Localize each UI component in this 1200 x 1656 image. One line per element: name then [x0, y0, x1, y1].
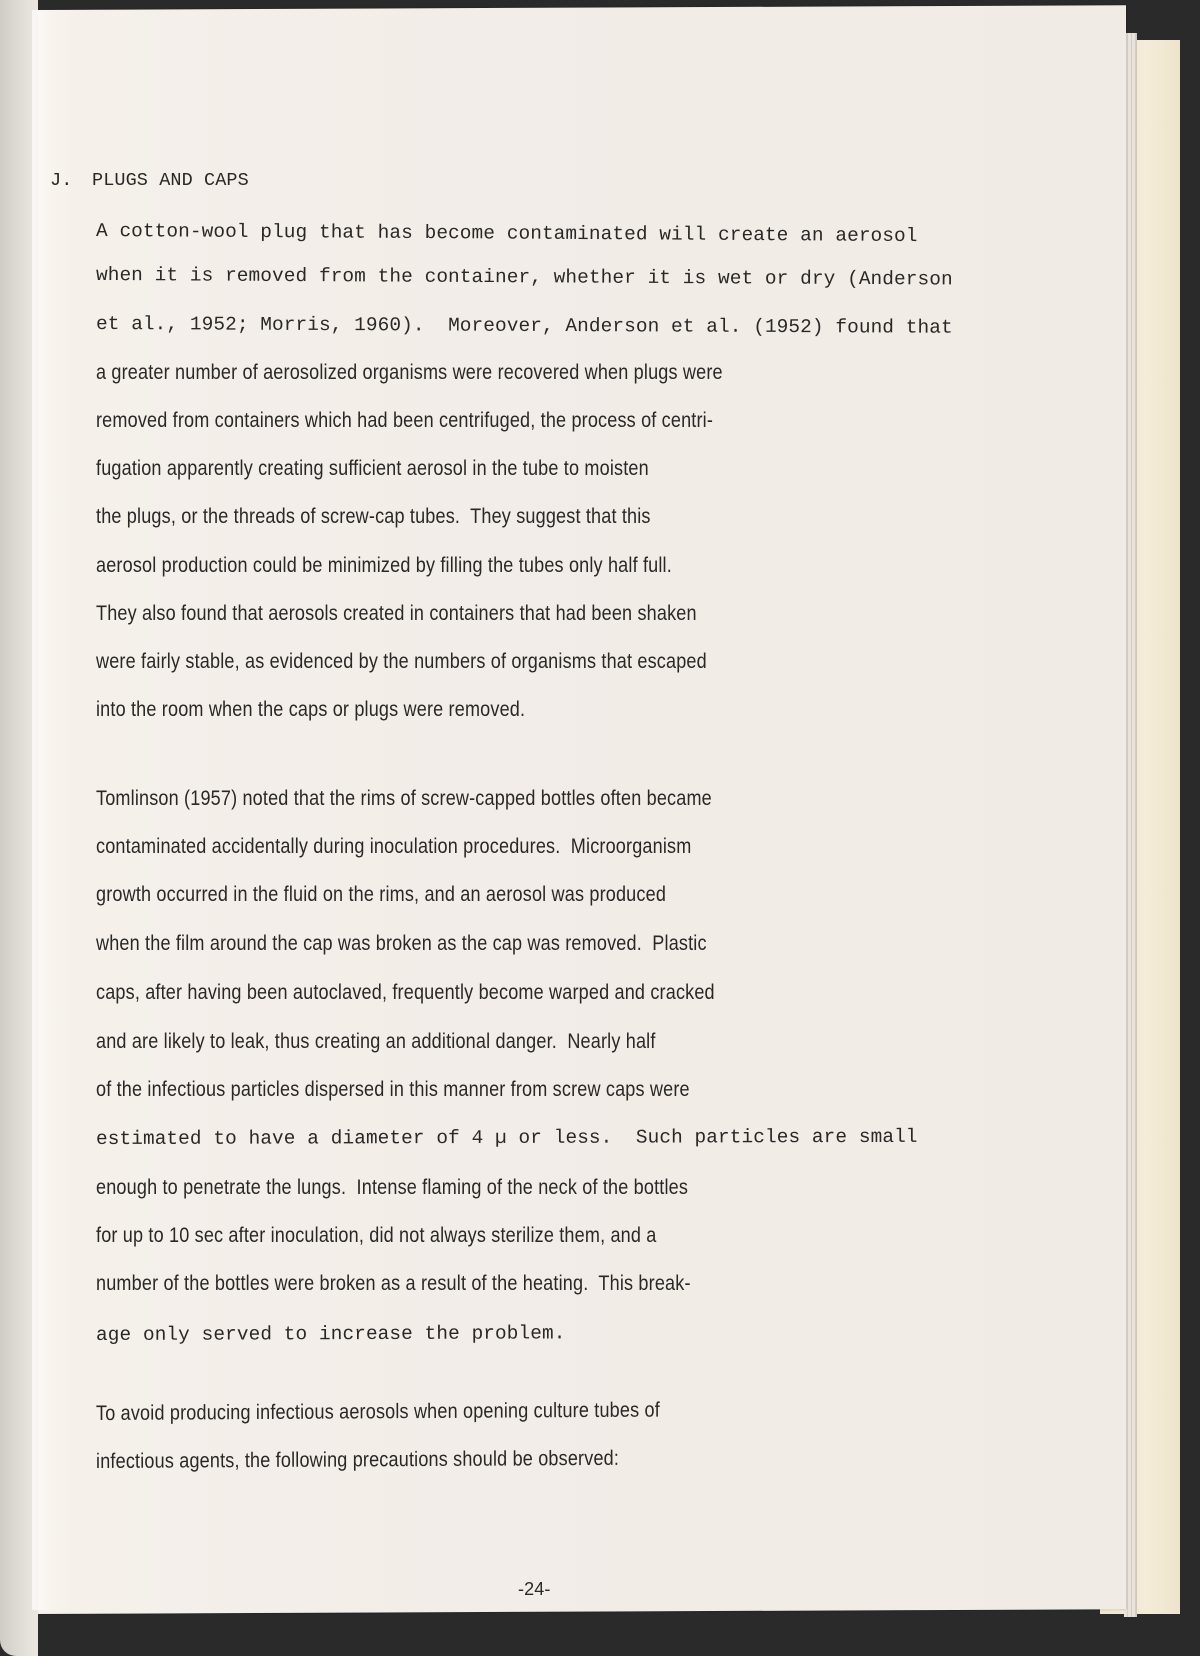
text-line: enough to penetrate the lungs. Intense f…: [96, 1177, 688, 1198]
text-line: were fairly stable, as evidenced by the …: [96, 651, 707, 672]
text-line: and are likely to leak, thus creating an…: [96, 1031, 656, 1052]
text-line: aerosol production could be minimized by…: [96, 555, 672, 576]
text-line: fugation apparently creating sufficient …: [96, 458, 649, 479]
text-line: when the film around the cap was broken …: [96, 933, 707, 954]
section-title: PLUGS AND CAPS: [92, 170, 249, 191]
text-line: caps, after having been autoclaved, freq…: [96, 982, 715, 1003]
text-line: when it is removed from the container, w…: [96, 266, 953, 290]
text-line: number of the bottles were broken as a r…: [96, 1273, 691, 1294]
text-line: into the room when the caps or plugs wer…: [96, 699, 525, 720]
text-line: estimated to have a diameter of 4 µ or l…: [96, 1128, 918, 1150]
text-line: removed from containers which had been c…: [96, 410, 713, 431]
text-line: To avoid producing infectious aerosols w…: [96, 1400, 660, 1424]
text-line: the plugs, or the threads of screw-cap t…: [96, 506, 651, 527]
text-line: infectious agents, the following precaut…: [96, 1448, 619, 1472]
page-text: J. PLUGS AND CAPS A cotton-wool plug tha…: [0, 0, 1200, 1656]
text-line: for up to 10 sec after inoculation, did …: [96, 1225, 657, 1246]
text-line: et al., 1952; Morris, 1960). Moreover, A…: [96, 315, 953, 338]
text-line: They also found that aerosols created in…: [96, 603, 697, 624]
text-line: Tomlinson (1957) noted that the rims of …: [96, 788, 712, 809]
text-line: A cotton-wool plug that has become conta…: [96, 222, 918, 246]
text-line: age only served to increase the problem.: [96, 1324, 566, 1345]
page-number: -24-: [518, 1579, 550, 1600]
text-line: growth occurred in the fluid on the rims…: [96, 884, 666, 905]
section-heading: J. PLUGS AND CAPS: [50, 170, 249, 191]
text-line: of the infectious particles dispersed in…: [96, 1079, 690, 1100]
text-line: contaminated accidentally during inocula…: [96, 836, 691, 857]
text-line: a greater number of aerosolized organism…: [96, 362, 723, 383]
section-letter: J.: [50, 170, 70, 191]
